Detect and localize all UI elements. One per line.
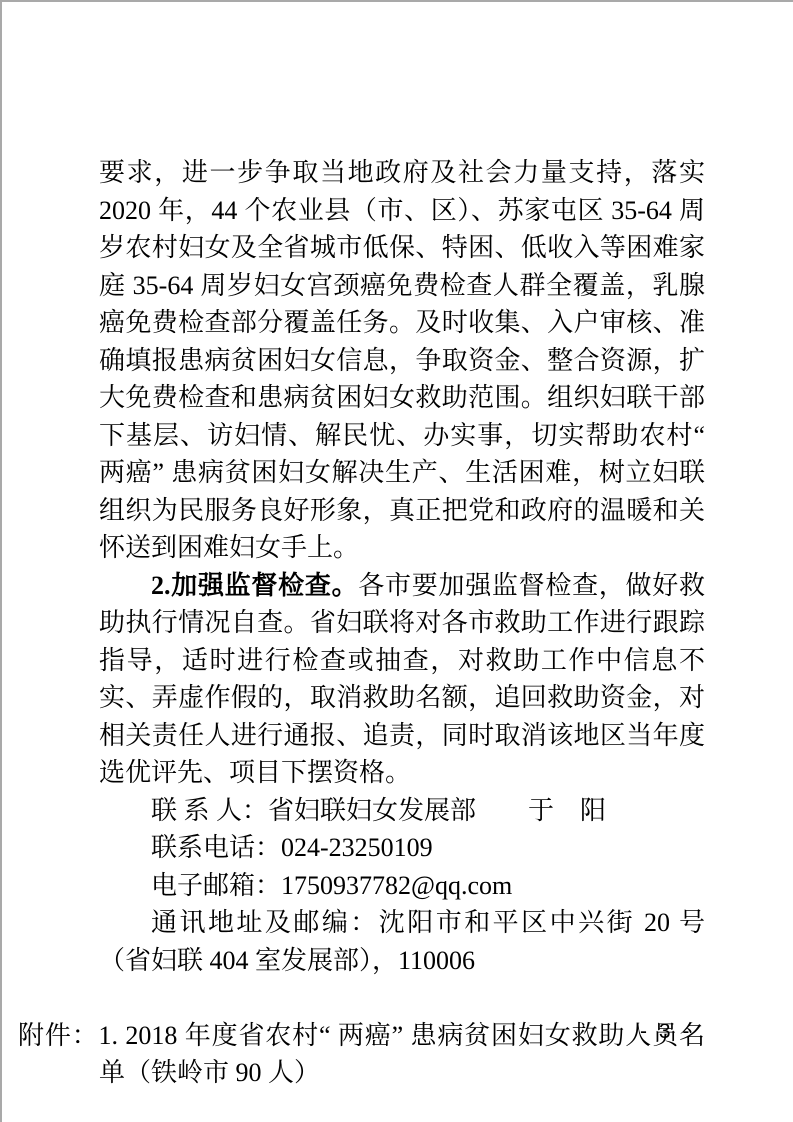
paragraph-supervision-heading: 2.加强监督检查。 [151, 571, 358, 600]
contact-email-line: 电子邮箱：1750937782@qq.com [99, 867, 705, 905]
contact-phone-line: 联系电话：024-23250109 [99, 829, 705, 867]
paragraph-supervision: 2.加强监督检查。各市要加强监督检查，做好救助执行情况自查。省妇联将对各市救助工… [99, 567, 705, 792]
paragraph-continuation: 要求，进一步争取当地政府及社会力量支持，落实 2020 年，44 个农业县（市、… [99, 154, 705, 567]
contact-address-line: 通讯地址及邮编：沈阳市和平区中兴街 20 号（省妇联 404 室发展部），110… [99, 904, 705, 979]
page-number: - 3 - [640, 1020, 692, 1044]
contact-person-line: 联 系 人：省妇联妇女发展部 于 阳 [99, 792, 705, 830]
paragraph-supervision-body: 各市要加强监督检查，做好救助执行情况自查。省妇联将对各市救助工作进行跟踪指导，适… [99, 571, 705, 788]
attachment-list: 附件：1. 2018 年度省农村“ 两癌” 患病贫困妇女救助人员名单（铁岭市 9… [99, 1017, 705, 1092]
document-body: 要求，进一步争取当地政府及社会力量支持，落实 2020 年，44 个农业县（市、… [99, 154, 705, 1092]
document-page: 要求，进一步争取当地政府及社会力量支持，落实 2020 年，44 个农业县（市、… [0, 0, 793, 1122]
